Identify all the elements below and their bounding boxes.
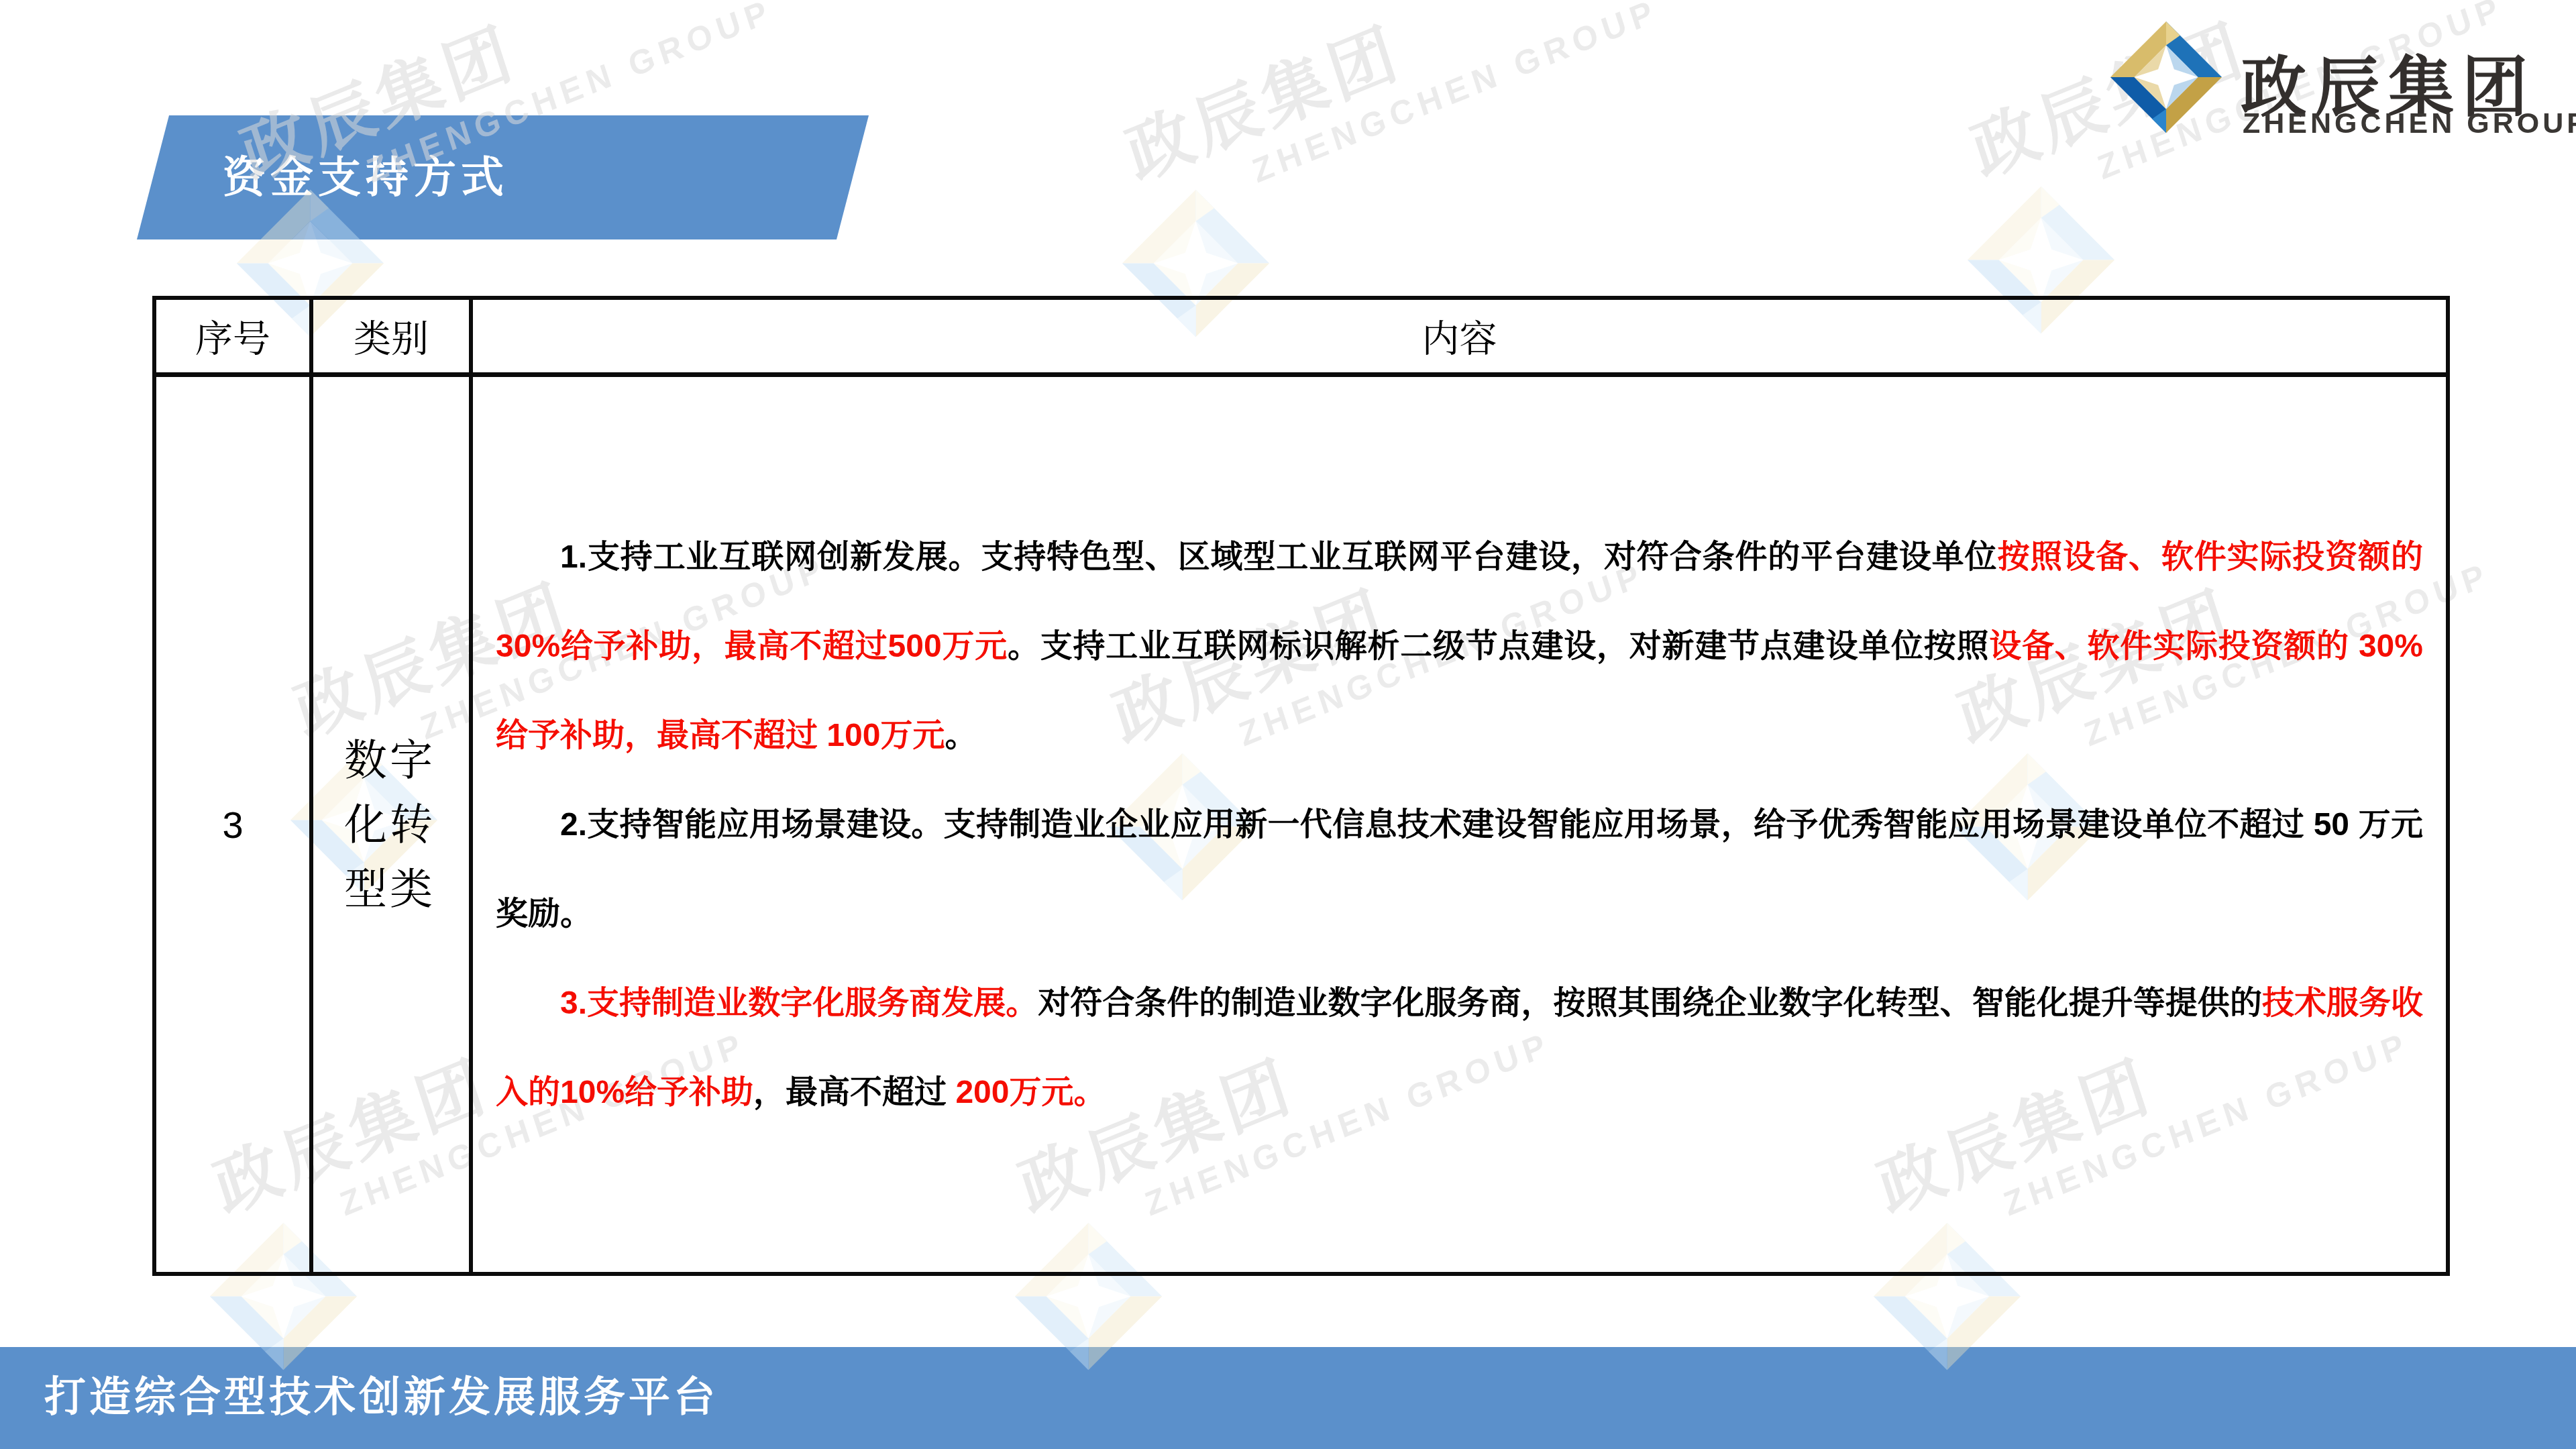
content-text: 2.支持智能应用场景建设。支持制造业企业应用新一代信息技术建设智能应用场景，给予… [496, 807, 2423, 932]
content-paragraph: 1.支持工业互联网创新发展。支持特色型、区域型工业互联网平台建设，对符合条件的平… [496, 513, 2423, 780]
watermark-text: 政辰集团 ZHENGCHEN GROUP [1113, 0, 1714, 233]
content-text: 对符合条件的制造业数字化服务商，按照其围绕企业数字化转型、智能化提升等提供的 [1038, 985, 2262, 1021]
content-paragraph: 3.支持制造业数字化服务商发展。对符合条件的制造业数字化服务商，按照其围绕企业数… [496, 959, 2423, 1137]
logo-diamond-icon [2106, 15, 2226, 140]
section-title: 资金支持方式 [137, 115, 869, 239]
content-highlight-red: 200万元。 [955, 1075, 1106, 1110]
content-text: 1.支持工业互联网创新发展。支持特色型、区域型工业互联网平台建设，对符合条件的平… [560, 539, 1998, 575]
content-highlight-red: 3.支持制造业数字化服务商发展。 [560, 985, 1038, 1021]
watermark-en: ZHENGCHEN GROUP [1248, 0, 1714, 191]
watermark-cn: 政辰集团 [1113, 0, 1703, 199]
content-paragraphs: 1.支持工业互联网创新发展。支持特色型、区域型工业互联网平台建设，对符合条件的平… [496, 513, 2423, 1137]
row-category-cell: 数字化转型类 [313, 377, 473, 1272]
content-paragraph: 2.支持智能应用场景建设。支持制造业企业应用新一代信息技术建设智能应用场景，给予… [496, 780, 2423, 959]
table-header-index: 序号 [156, 300, 313, 377]
slide: 政辰集团 ZHENGCHEN GROUP 政辰集团 ZHENGCHEN GROU… [0, 0, 2576, 1449]
section-banner: 资金支持方式 [137, 115, 869, 239]
footer-bar: 打造综合型技术创新发展服务平台 [0, 1347, 2576, 1449]
company-logo: 政辰集团 ZHENGCHEN GROUP [2106, 15, 2563, 149]
content-text: 。支持工业互联网标识解析二级节点建设，对新建节点建设单位按照 [1008, 629, 1989, 664]
logo-company-name-en: ZHENGCHEN GROUP [2243, 107, 2576, 140]
row-category-text: 数字化转型类 [344, 728, 438, 921]
content-text: 。 [945, 718, 977, 753]
row-index-cell: 3 [156, 377, 313, 1272]
footer-slogan: 打造综合型技术创新发展服务平台 [0, 1347, 2576, 1449]
table-header-category: 类别 [313, 300, 473, 377]
content-text: ，最高不超过 [753, 1075, 955, 1110]
support-table: 序号 类别 内容 3 数字化转型类 1.支持工业互联网创新发展。支持特色型、区域… [152, 296, 2450, 1276]
table-header-content: 内容 [473, 300, 2446, 377]
row-content-cell: 1.支持工业互联网创新发展。支持特色型、区域型工业互联网平台建设，对符合条件的平… [473, 377, 2446, 1272]
